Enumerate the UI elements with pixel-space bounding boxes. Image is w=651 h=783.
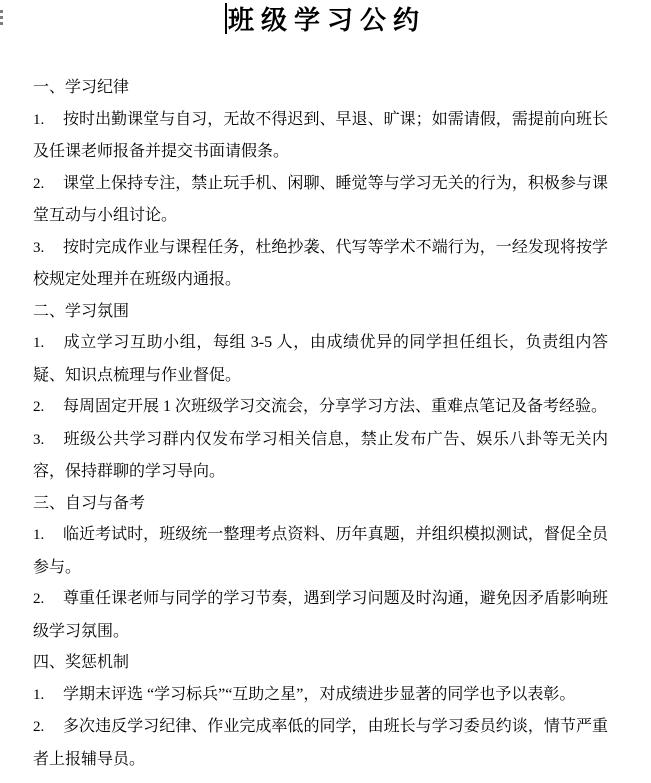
list-item[interactable]: 1.学期末评选 “学习标兵”“互助之星”，对成绩进步显著的同学也予以表彰。 (33, 679, 608, 712)
item-number: 1. (33, 520, 63, 552)
section-heading-text: 二、学习氛围 (33, 303, 129, 320)
item-text: 每周固定开展 1 次班级学习交流会，分享学习方法、重难点笔记及备考经验。 (63, 398, 607, 415)
list-item[interactable]: 3.班级公共学习群内仅发布学习相关信息，禁止发布广告、娱乐八卦等无关内容，保持群… (33, 424, 608, 488)
item-text: 成立学习互助小组，每组 3-5 人，由成绩优异的同学担任组长，负责组内答疑、知识… (33, 334, 608, 384)
item-text: 课堂上保持专注，禁止玩手机、闲聊、睡觉等与学习无关的行为，积极参与课堂互动与小组… (33, 175, 608, 225)
list-item[interactable]: 1.按时出勤课堂与自习，无故不得迟到、早退、旷课；如需请假，需提前向班长及任课老… (33, 104, 608, 168)
list-item[interactable]: 2.尊重任课老师与同学的学习节奏，遇到学习问题及时沟通，避免因矛盾影响班级学习氛… (33, 583, 608, 647)
item-number: 2. (33, 392, 63, 424)
item-text: 多次违反学习纪律、作业完成率低的同学，由班长与学习委员约谈，情节严重者上报辅导员… (33, 718, 608, 768)
item-number: 1. (33, 105, 63, 137)
document-body: 一、学习纪律 1.按时出勤课堂与自习，无故不得迟到、早退、旷课；如需请假，需提前… (0, 72, 651, 775)
list-item[interactable]: 2.每周固定开展 1 次班级学习交流会，分享学习方法、重难点笔记及备考经验。 (33, 391, 608, 424)
text-caret (225, 3, 227, 34)
section-heading-text: 四、奖惩机制 (33, 654, 129, 671)
item-number: 2. (33, 712, 63, 744)
item-number: 1. (33, 680, 63, 712)
item-text: 班级公共学习群内仅发布学习相关信息，禁止发布广告、娱乐八卦等无关内容，保持群聊的… (33, 431, 608, 481)
item-number: 2. (33, 584, 63, 616)
section-heading[interactable]: 二、学习氛围 (33, 296, 608, 328)
editor-page: 班级学习公约 一、学习纪律 1.按时出勤课堂与自习，无故不得迟到、早退、旷课；如… (0, 0, 651, 783)
item-text: 按时完成作业与课程任务，杜绝抄袭、代写等学术不端行为，一经发现将按学校规定处理并… (33, 239, 608, 289)
list-item[interactable]: 1.临近考试时，班级统一整理考点资料、历年真题，并组织模拟测试，督促全员参与。 (33, 519, 608, 583)
item-number: 3. (33, 233, 63, 265)
list-item[interactable]: 1.成立学习互助小组，每组 3-5 人，由成绩优异的同学担任组长，负责组内答疑、… (33, 327, 608, 391)
section-heading-text: 一、学习纪律 (33, 79, 129, 96)
list-item[interactable]: 3.按时完成作业与课程任务，杜绝抄袭、代写等学术不端行为，一经发现将按学校规定处… (33, 232, 608, 296)
left-edge-handle (0, 10, 3, 28)
item-number: 2. (33, 169, 63, 201)
handle-dot-icon (0, 10, 3, 13)
section-heading[interactable]: 一、学习纪律 (33, 72, 608, 104)
item-text: 尊重任课老师与同学的学习节奏，遇到学习问题及时沟通，避免因矛盾影响班级学习氛围。 (33, 590, 608, 640)
handle-dot-icon (0, 22, 3, 25)
item-text: 学期末评选 “学习标兵”“互助之星”，对成绩进步显著的同学也予以表彰。 (63, 686, 575, 703)
list-item[interactable]: 2.课堂上保持专注，禁止玩手机、闲聊、睡觉等与学习无关的行为，积极参与课堂互动与… (33, 168, 608, 232)
title-line[interactable]: 班级学习公约 (0, 0, 651, 45)
list-item[interactable]: 2.多次违反学习纪律、作业完成率低的同学，由班长与学习委员约谈，情节严重者上报辅… (33, 711, 608, 775)
section-heading-text: 三、自习与备考 (33, 495, 145, 512)
item-text: 按时出勤课堂与自习，无故不得迟到、早退、旷课；如需请假，需提前向班长及任课老师报… (33, 111, 608, 161)
section-heading[interactable]: 四、奖惩机制 (33, 647, 608, 679)
document-title: 班级学习公约 (228, 6, 426, 35)
item-number: 3. (33, 425, 63, 457)
item-text: 临近考试时，班级统一整理考点资料、历年真题，并组织模拟测试，督促全员参与。 (33, 526, 608, 576)
item-number: 1. (33, 328, 63, 360)
section-heading[interactable]: 三、自习与备考 (33, 488, 608, 520)
handle-dot-icon (0, 16, 3, 19)
